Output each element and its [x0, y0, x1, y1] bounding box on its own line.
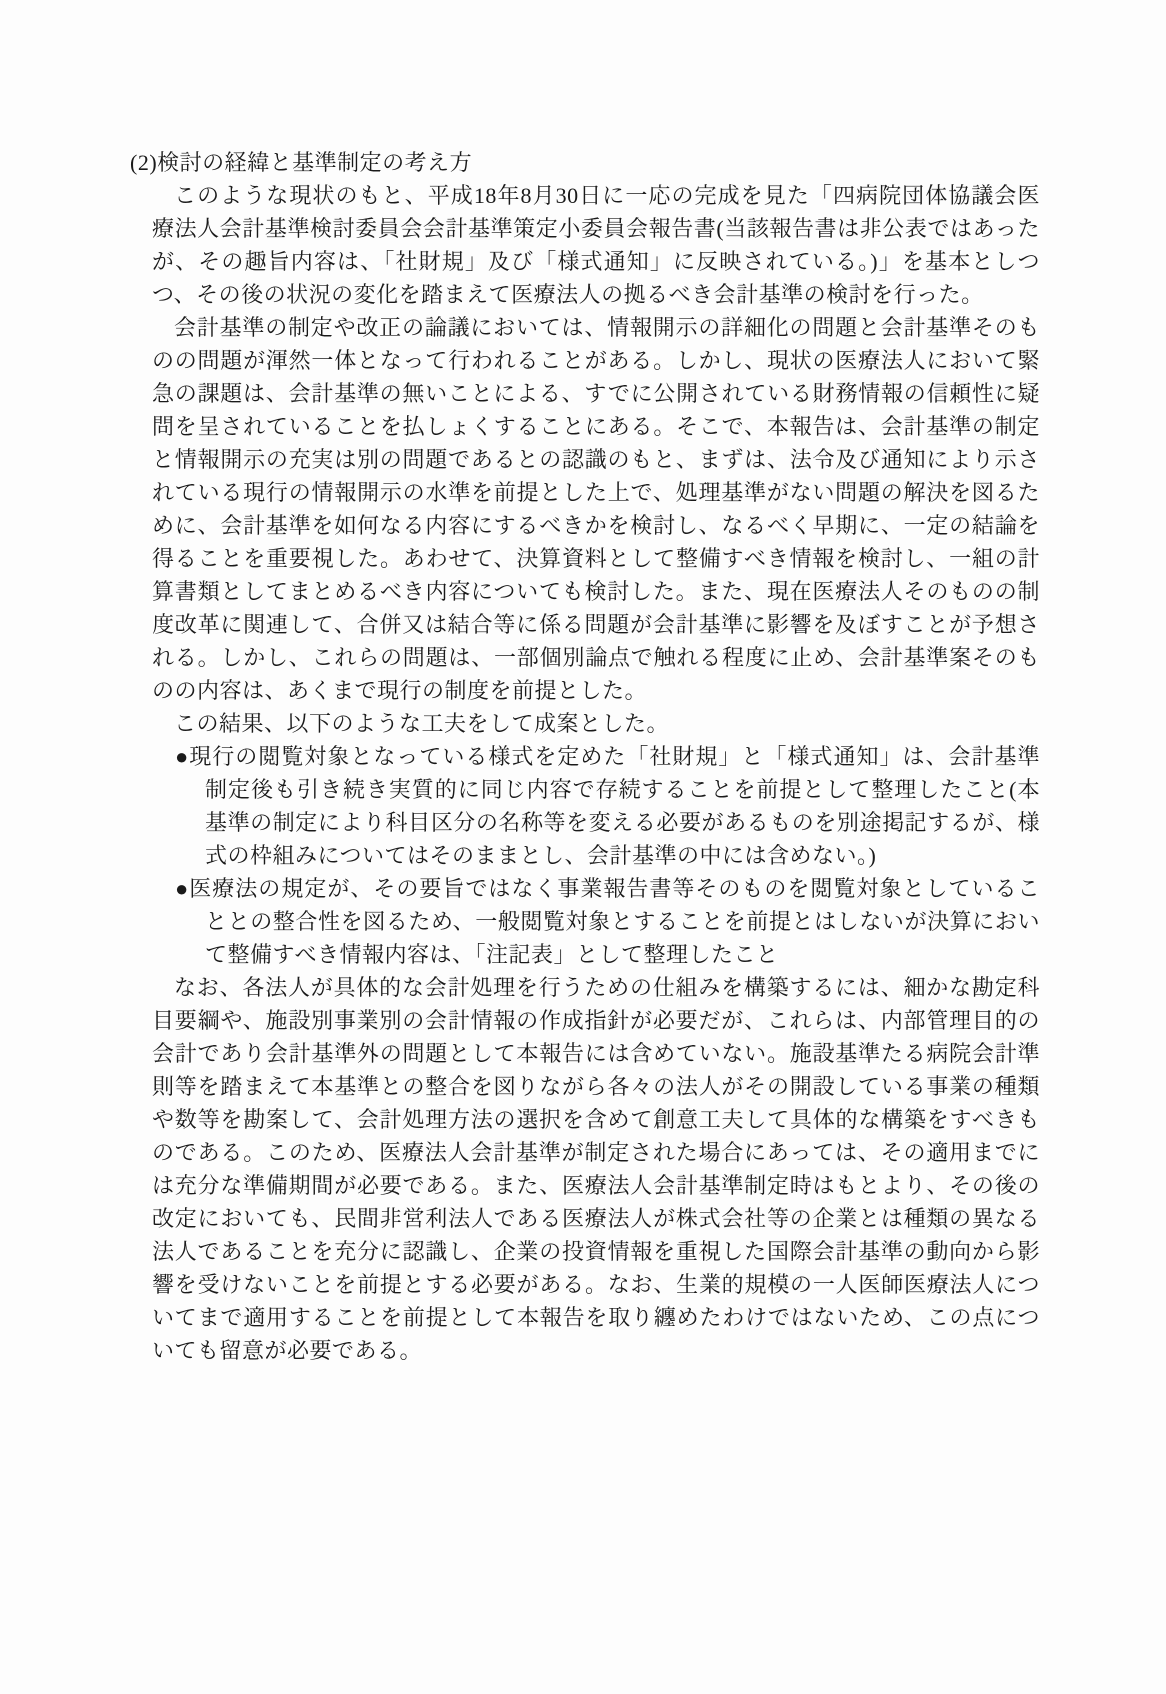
- bullet-text: 現行の閲覧対象となっている様式を定めた「社財規」と「様式通知」は、会計基準制定後…: [189, 744, 1040, 868]
- paragraph-discussion: 会計基準の制定や改正の論議においては、情報開示の詳細化の問題と会計基準そのものの…: [152, 311, 1040, 707]
- bullet-item-notes: ●医療法の規定が、その要旨ではなく事業報告書等そのものを閲覧対象としていることと…: [175, 872, 1040, 971]
- paragraph-intro: このような現状のもと、平成18年8月30日に一応の完成を見た「四病院団体協議会医…: [152, 179, 1040, 311]
- bullet-text: 医療法の規定が、その要旨ではなく事業報告書等そのものを閲覧対象としていることとの…: [189, 876, 1040, 967]
- bullet-icon: ●: [175, 876, 189, 901]
- bullet-icon: ●: [175, 744, 189, 769]
- section-heading: (2)検討の経緯と基準制定の考え方: [130, 146, 1040, 179]
- bullet-item-forms: ●現行の閲覧対象となっている様式を定めた「社財規」と「様式通知」は、会計基準制定…: [175, 740, 1040, 872]
- paragraph-closing: なお、各法人が具体的な会計処理を行うための仕組みを構築するには、細かな勘定科目要…: [152, 971, 1040, 1367]
- document-page: (2)検討の経緯と基準制定の考え方 このような現状のもと、平成18年8月30日に…: [0, 0, 1166, 1694]
- paragraph-result-lead: この結果、以下のような工夫をして成案とした。: [152, 707, 1040, 740]
